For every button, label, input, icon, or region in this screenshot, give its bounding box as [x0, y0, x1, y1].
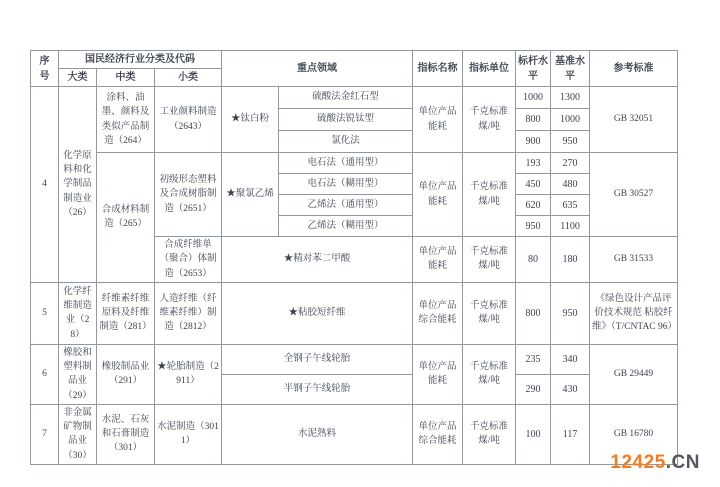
cell-s6-area-0: 全钢子午线轮胎: [222, 344, 413, 374]
cell-s4-tio2-baseline-1: 1000: [551, 109, 590, 131]
cell-s4-major: 化学原料和化学制品制造业（26）: [59, 87, 97, 283]
cell-s6-benchmark-1: 290: [516, 374, 551, 404]
cell-s7-minor: 水泥制造（3011）: [155, 404, 222, 464]
cell-s7-no: 7: [31, 404, 59, 464]
cell-s6-no: 6: [31, 344, 59, 404]
cell-s4-pvc-ref: GB 30527: [590, 153, 678, 237]
cell-s5-area: ★粘胶短纤维: [222, 282, 413, 344]
cell-s4-pvc-indicator: 单位产品能耗: [413, 153, 463, 237]
cell-s6-baseline-0: 340: [551, 344, 590, 374]
site-watermark: 12425.CN: [610, 452, 700, 475]
cell-s4-pta-ref: GB 31533: [590, 237, 678, 283]
cell-s5-unit: 千克标准煤/吨: [463, 282, 516, 344]
cell-s5-indicator: 单位产品综合能耗: [413, 282, 463, 344]
cell-s4-pvc-benchmark-2: 620: [516, 195, 551, 216]
cell-s7-unit: 千克标准煤/吨: [463, 404, 516, 464]
cell-s4-pvc-unit: 千克标准煤/吨: [463, 153, 516, 237]
table-row: 5 化学纤维制造业（28） 纤维素纤维原料及纤维制造（281） 人造纤维（纤维素…: [31, 282, 678, 344]
cell-s4-area-pta: ★精对苯二甲酸: [222, 237, 413, 283]
cell-s4-tio2-benchmark-1: 800: [516, 109, 551, 131]
cell-s4-pvc-process-1: 电石法（糊用型）: [279, 174, 413, 195]
cell-s5-no: 5: [31, 282, 59, 344]
cell-s6-indicator: 单位产品能耗: [413, 344, 463, 404]
cell-s6-minor: ★轮胎制造（2911）: [155, 344, 222, 404]
col-header-minor: 小类: [155, 69, 222, 87]
cell-s4-pta-baseline: 180: [551, 237, 590, 283]
cell-s4-pvc-benchmark-3: 950: [516, 216, 551, 237]
cell-s4-pvc-benchmark-1: 450: [516, 174, 551, 195]
cell-s6-baseline-1: 430: [551, 374, 590, 404]
cell-s6-area-1: 半钢子午线轮胎: [222, 374, 413, 404]
cell-s5-major: 化学纤维制造业（28）: [59, 282, 97, 344]
col-header-baseline-level: 基准水平: [551, 51, 590, 87]
col-header-middle: 中类: [97, 69, 155, 87]
watermark-suffix: .CN: [666, 452, 700, 473]
table-row: 7 非金属矿物制品业（30） 水泥、石灰和石膏制造（301） 水泥制造（3011…: [31, 404, 678, 464]
cell-s7-area: 水泥熟料: [222, 404, 413, 464]
cell-s4-pta-benchmark: 80: [516, 237, 551, 283]
cell-s4-pvc-process-0: 电石法（通用型）: [279, 153, 413, 174]
table-row: 合成材料制造（265） 初级形态塑料及合成树脂制造（2651） ★聚氯乙烯 电石…: [31, 153, 678, 174]
cell-s4-area-tio2: ★钛白粉: [222, 87, 279, 153]
col-header-benchmark-level: 标杆水平: [516, 51, 551, 87]
col-header-reference-standard: 参考标准: [590, 51, 678, 87]
cell-s6-middle: 橡胶制品业（291）: [97, 344, 155, 404]
col-header-no: 序号: [31, 51, 59, 87]
cell-s4-pvc-benchmark-0: 193: [516, 153, 551, 174]
cell-s7-baseline: 117: [551, 404, 590, 464]
cell-s4-tio2-baseline-0: 1300: [551, 87, 590, 109]
cell-s7-indicator: 单位产品综合能耗: [413, 404, 463, 464]
col-header-key-area: 重点领域: [222, 51, 413, 87]
cell-s6-ref: GB 29449: [590, 344, 678, 404]
cell-s4-pvc-process-3: 乙烯法（糊用型）: [279, 216, 413, 237]
cell-s4-pvc-baseline-2: 635: [551, 195, 590, 216]
cell-s4-tio2-indicator: 单位产品能耗: [413, 87, 463, 153]
cell-s7-middle: 水泥、石灰和石膏制造（301）: [97, 404, 155, 464]
cell-s5-minor: 人造纤维（纤维素纤维）制造（2812）: [155, 282, 222, 344]
col-header-indicator-unit: 指标单位: [463, 51, 516, 87]
table-row: 6 橡胶和塑料制品业（29） 橡胶制品业（291） ★轮胎制造（2911） 全钢…: [31, 344, 678, 374]
cell-s4-tio2-benchmark-2: 900: [516, 131, 551, 153]
table-row: 4 化学原料和化学制品制造业（26） 涂料、油墨、颜料及类似产品制造（264） …: [31, 87, 678, 109]
cell-s4-tio2-unit: 千克标准煤/吨: [463, 87, 516, 153]
cell-s4-tio2-process-1: 硫酸法锐钛型: [279, 109, 413, 131]
cell-s5-baseline: 950: [551, 282, 590, 344]
cell-s4-sub-pigment: 工业颜料制造（2643）: [155, 87, 222, 153]
energy-benchmark-table: 序号 国民经济行业分类及代码 重点领域 指标名称 指标单位 标杆水平 基准水平 …: [30, 50, 678, 465]
header-row-1: 序号 国民经济行业分类及代码 重点领域 指标名称 指标单位 标杆水平 基准水平 …: [31, 51, 678, 69]
cell-s4-tio2-process-2: 氯化法: [279, 131, 413, 153]
cell-s4-pvc-process-2: 乙烯法（通用型）: [279, 195, 413, 216]
cell-s4-pta-indicator: 单位产品能耗: [413, 237, 463, 283]
cell-s4-sub-fiber-monomer: 合成纤维单（聚合）体制造（2653）: [155, 237, 222, 283]
cell-s4-tio2-ref: GB 32051: [590, 87, 678, 153]
cell-s4-pvc-baseline-3: 1100: [551, 216, 590, 237]
cell-s4-tio2-process-0: 硫酸法金红石型: [279, 87, 413, 109]
cell-s7-major: 非金属矿物制品业（30）: [59, 404, 97, 464]
cell-s5-ref: 《绿色设计产品评价技术规范 粘胶纤维》（T/CNTAC 96）: [590, 282, 678, 344]
col-header-major: 大类: [59, 69, 97, 87]
cell-s6-major: 橡胶和塑料制品业（29）: [59, 344, 97, 404]
cell-s4-no: 4: [31, 87, 59, 283]
cell-s4-tio2-baseline-2: 950: [551, 131, 590, 153]
cell-s6-benchmark-0: 235: [516, 344, 551, 374]
cell-s4-pvc-baseline-1: 480: [551, 174, 590, 195]
col-header-indicator-name: 指标名称: [413, 51, 463, 87]
cell-s4-mid-synthetic: 合成材料制造（265）: [97, 153, 155, 283]
cell-s6-unit: 千克标准煤/吨: [463, 344, 516, 404]
cell-s4-pta-unit: 千克标准煤/吨: [463, 237, 516, 283]
cell-s4-tio2-benchmark-0: 1000: [516, 87, 551, 109]
cell-s5-middle: 纤维素纤维原料及纤维制造（281）: [97, 282, 155, 344]
cell-s5-benchmark: 800: [516, 282, 551, 344]
col-header-industry-group: 国民经济行业分类及代码: [59, 51, 222, 69]
cell-s4-pvc-baseline-0: 270: [551, 153, 590, 174]
watermark-number: 12425: [610, 452, 665, 473]
cell-s4-area-pvc: ★聚氯乙烯: [222, 153, 279, 237]
cell-s4-sub-plastic: 初级形态塑料及合成树脂制造（2651）: [155, 153, 222, 237]
cell-s7-benchmark: 100: [516, 404, 551, 464]
cell-s4-mid-coating: 涂料、油墨、颜料及类似产品制造（264）: [97, 87, 155, 153]
